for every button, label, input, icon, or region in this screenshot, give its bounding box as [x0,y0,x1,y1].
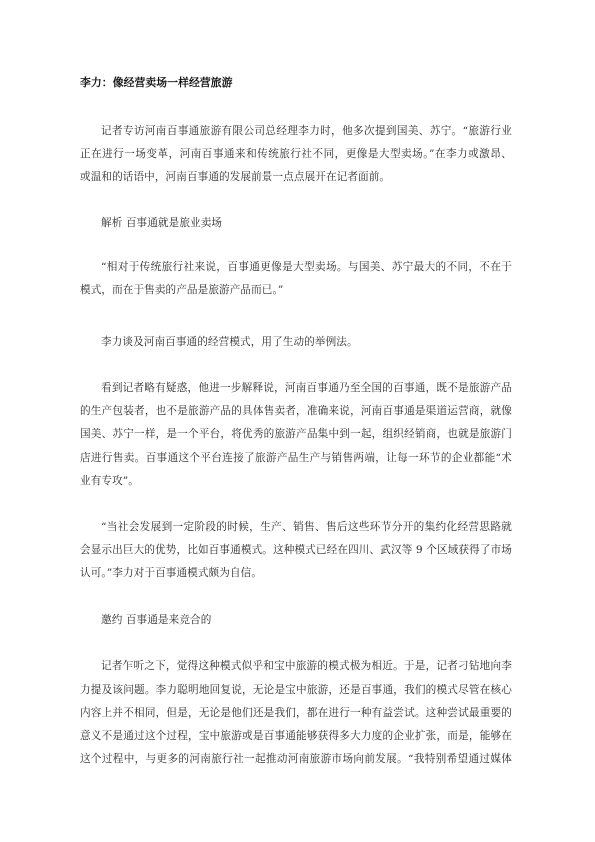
paragraph-line: 力提及该问题。李力聪明地回复说，无论是宝中旅游，还是百事通，我们的模式尽管在核心 [80,683,512,697]
document-title: 李力：像经营卖场一样经营旅游 [80,76,512,90]
paragraph-line: 记者专访河南百事通旅游有限公司总经理李力时，他多次提到国美、苏宁。“旅游行业 [101,124,512,138]
paragraph-line: 模式，而在于售卖的产品是旅游产品而已。” [80,283,512,297]
document-page: 李力：像经营卖场一样经营旅游 记者专访河南百事通旅游有限公司总经理李力时，他多次… [0,0,595,842]
paragraph-line: 业有专攻”。 [80,474,512,488]
paragraph-line: 这个过程中，与更多的河南旅行社一起推动河南旅游市场向前发展。“我特别希望通过媒体 [80,752,512,766]
paragraph-line: 正在进行一场变革，河南百事通来和传统旅行社不同，更像是大型卖场。”在李力或激昂、 [80,147,512,161]
section-heading: 邀约 百事通是来竞合的 [101,613,512,627]
paragraph-line: 李力谈及河南百事通的经营模式，用了生动的举例法。 [101,335,512,349]
paragraph-line: 的生产包装者，也不是旅游产品的具体售卖者，准确来说，河南百事通是渠道运营商，就像 [80,404,512,418]
paragraph-line: 看到记者略有疑惑，他进一步解释说，河南百事通乃至全国的百事通，既不是旅游产品 [101,381,512,395]
paragraph-line: 内容上并不相同，但是，无论是他们还是我们，都在进行一种有益尝试。这种尝试最重要的 [80,706,512,720]
paragraph-line: 国美、苏宁一样，是一个平台，将优秀的旅游产品集中到一起，组织经销商，也就是旅游门 [80,427,512,441]
paragraph-line: 认可。”李力对于百事通模式颇为自信。 [80,566,512,580]
paragraph-line: “相对于传统旅行社来说，百事通更像是大型卖场。与国美、苏宁最大的不同，不在于 [101,260,512,274]
section-heading: 解析 百事通就是旅业卖场 [101,216,512,230]
paragraph-line: 店进行售卖。百事通这个平台连接了旅游产品生产与销售两端，让每一环节的企业都能“术 [80,451,512,465]
paragraph-line: 或温和的话语中，河南百事通的发展前景一点点展开在记者面前。 [80,170,512,184]
paragraph-line: 记者乍听之下，觉得这种模式似乎和宝中旅游的模式极为相近。于是，记者刁钻地向李 [101,659,512,673]
paragraph-line: 会显示出巨大的优势，比如百事通模式。这种模式已经在四川、武汉等 9 个区域获得了… [80,543,512,557]
paragraph-line: 意义不是通过这个过程，宝中旅游或是百事通能够获得多大力度的企业扩张，而是，能够在 [80,729,512,743]
paragraph-line: “当社会发展到一定阶段的时候，生产、销售、售后这些环节分开的集约化经营思路就 [101,520,512,534]
